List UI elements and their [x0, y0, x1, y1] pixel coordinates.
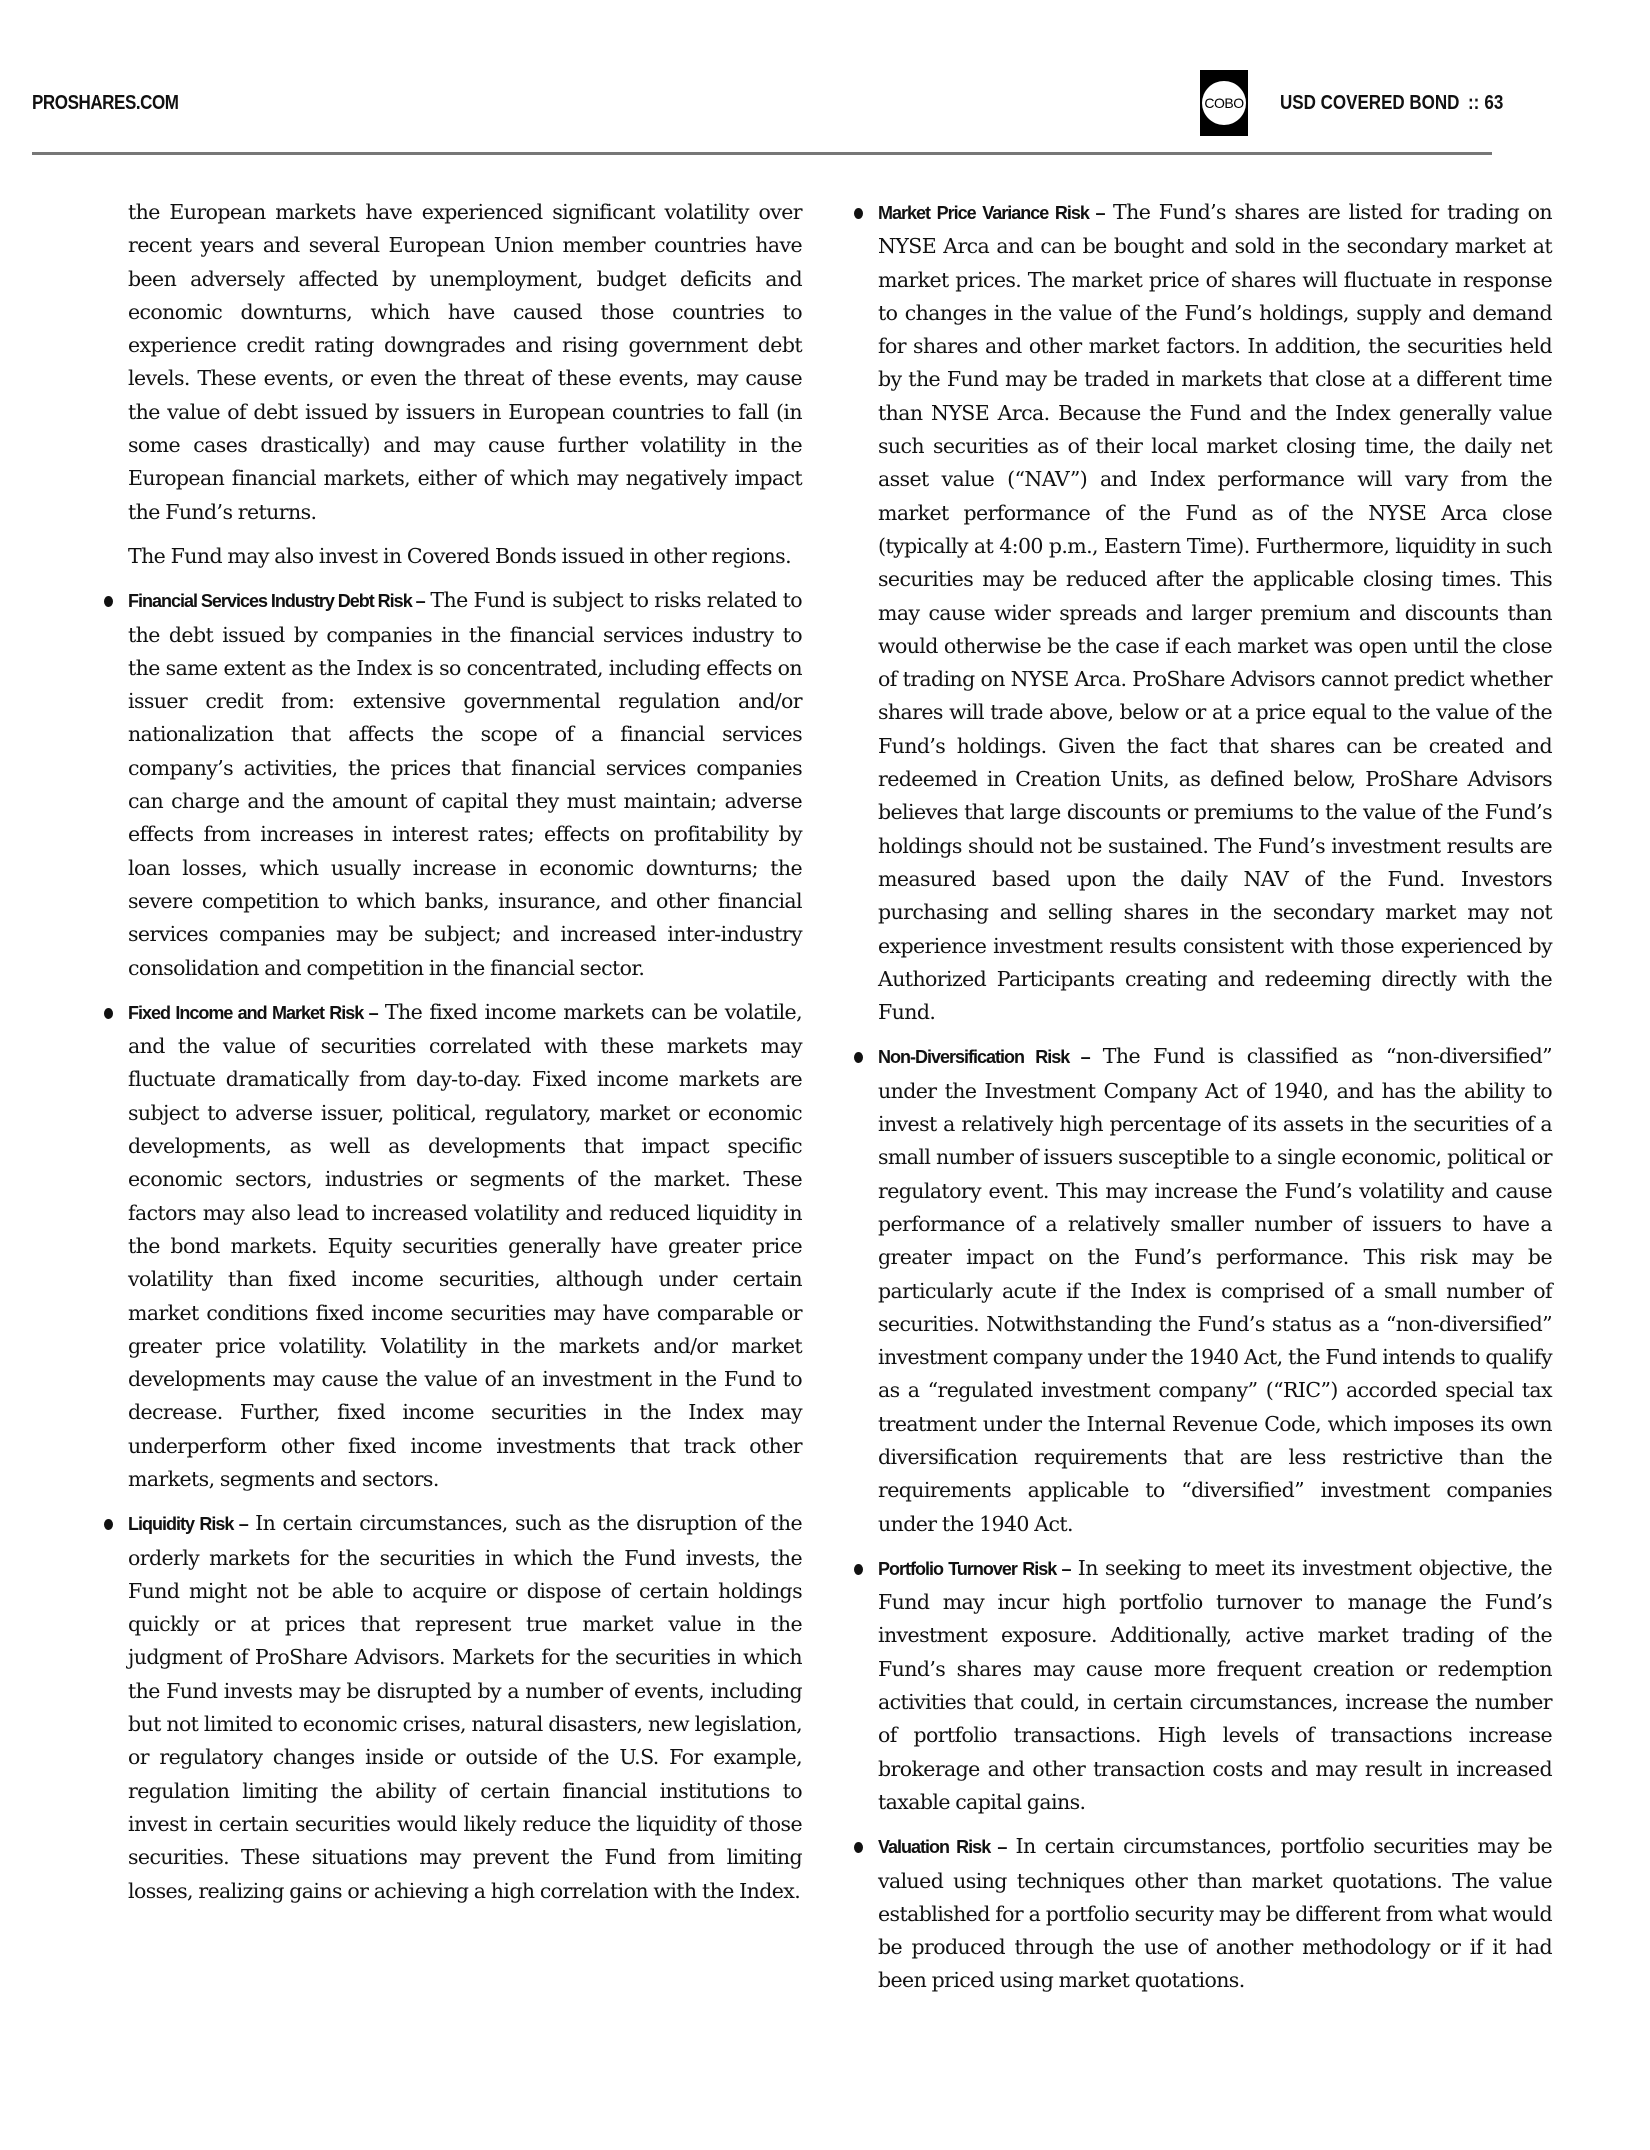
risk-text: The fixed income markets can be volatile…: [128, 1000, 802, 1491]
bullet-icon: [104, 1519, 113, 1530]
bullet-icon: [854, 1842, 863, 1853]
risk-item-liquidity: Liquidity Risk – In certain circumstance…: [128, 1507, 802, 1908]
site-name: PROSHARES.COM: [32, 92, 179, 115]
header-divider: [32, 152, 1492, 155]
right-column: Market Price Variance Risk – The Fund’s …: [878, 196, 1552, 2009]
page-header: PROSHARES.COM COBO USD COVERED BOND::63: [0, 60, 1650, 160]
fund-title: USD COVERED BOND::63: [1280, 92, 1503, 115]
fund-name: USD COVERED BOND: [1280, 92, 1459, 114]
title-separator: ::: [1468, 92, 1479, 114]
risk-text: The Fund’s shares are listed for trading…: [878, 200, 1552, 1024]
bullet-icon: [104, 596, 113, 607]
risk-title: Liquidity Risk –: [128, 1514, 248, 1534]
risk-text: The Fund is subject to risks related to …: [128, 588, 802, 979]
left-column: the European markets have experienced si…: [128, 196, 802, 1919]
risk-item-portfolio-turnover: Portfolio Turnover Risk – In seeking to …: [878, 1552, 1552, 1819]
risk-title: Valuation Risk –: [878, 1837, 1006, 1857]
risk-item-fixed-income: Fixed Income and Market Risk – The fixed…: [128, 996, 802, 1496]
risk-item-market-price-variance: Market Price Variance Risk – The Fund’s …: [878, 196, 1552, 1029]
bullet-icon: [854, 1564, 863, 1575]
risk-item-non-diversification: Non-Diversification Risk – The Fund is c…: [878, 1040, 1552, 1540]
ticker-badge-icon: COBO: [1200, 70, 1248, 136]
risk-title: Fixed Income and Market Risk –: [128, 1003, 378, 1023]
risk-title: Portfolio Turnover Risk –: [878, 1559, 1071, 1579]
bullet-icon: [854, 208, 863, 219]
risk-title: Financial Services Industry Debt Risk –: [128, 591, 425, 611]
risk-item-valuation: Valuation Risk – In certain circumstance…: [878, 1830, 1552, 1997]
risk-text: In certain circumstances, such as the di…: [128, 1511, 802, 1902]
risk-item-financial-services: Financial Services Industry Debt Risk – …: [128, 584, 802, 985]
risk-text: In certain circumstances, portfolio secu…: [878, 1834, 1552, 1992]
intro-paragraph: The Fund may also invest in Covered Bond…: [128, 540, 802, 573]
bullet-icon: [854, 1052, 863, 1063]
bullet-icon: [104, 1008, 113, 1019]
risk-text: The Fund is classified as “non-diversifi…: [878, 1044, 1552, 1535]
risk-text: In seeking to meet its investment object…: [878, 1556, 1552, 1814]
risk-title: Non-Diversification Risk –: [878, 1047, 1090, 1067]
intro-paragraph: the European markets have experienced si…: [128, 196, 802, 529]
page-number: 63: [1484, 92, 1503, 114]
ticker-symbol: COBO: [1202, 81, 1246, 125]
risk-title: Market Price Variance Risk –: [878, 203, 1105, 223]
